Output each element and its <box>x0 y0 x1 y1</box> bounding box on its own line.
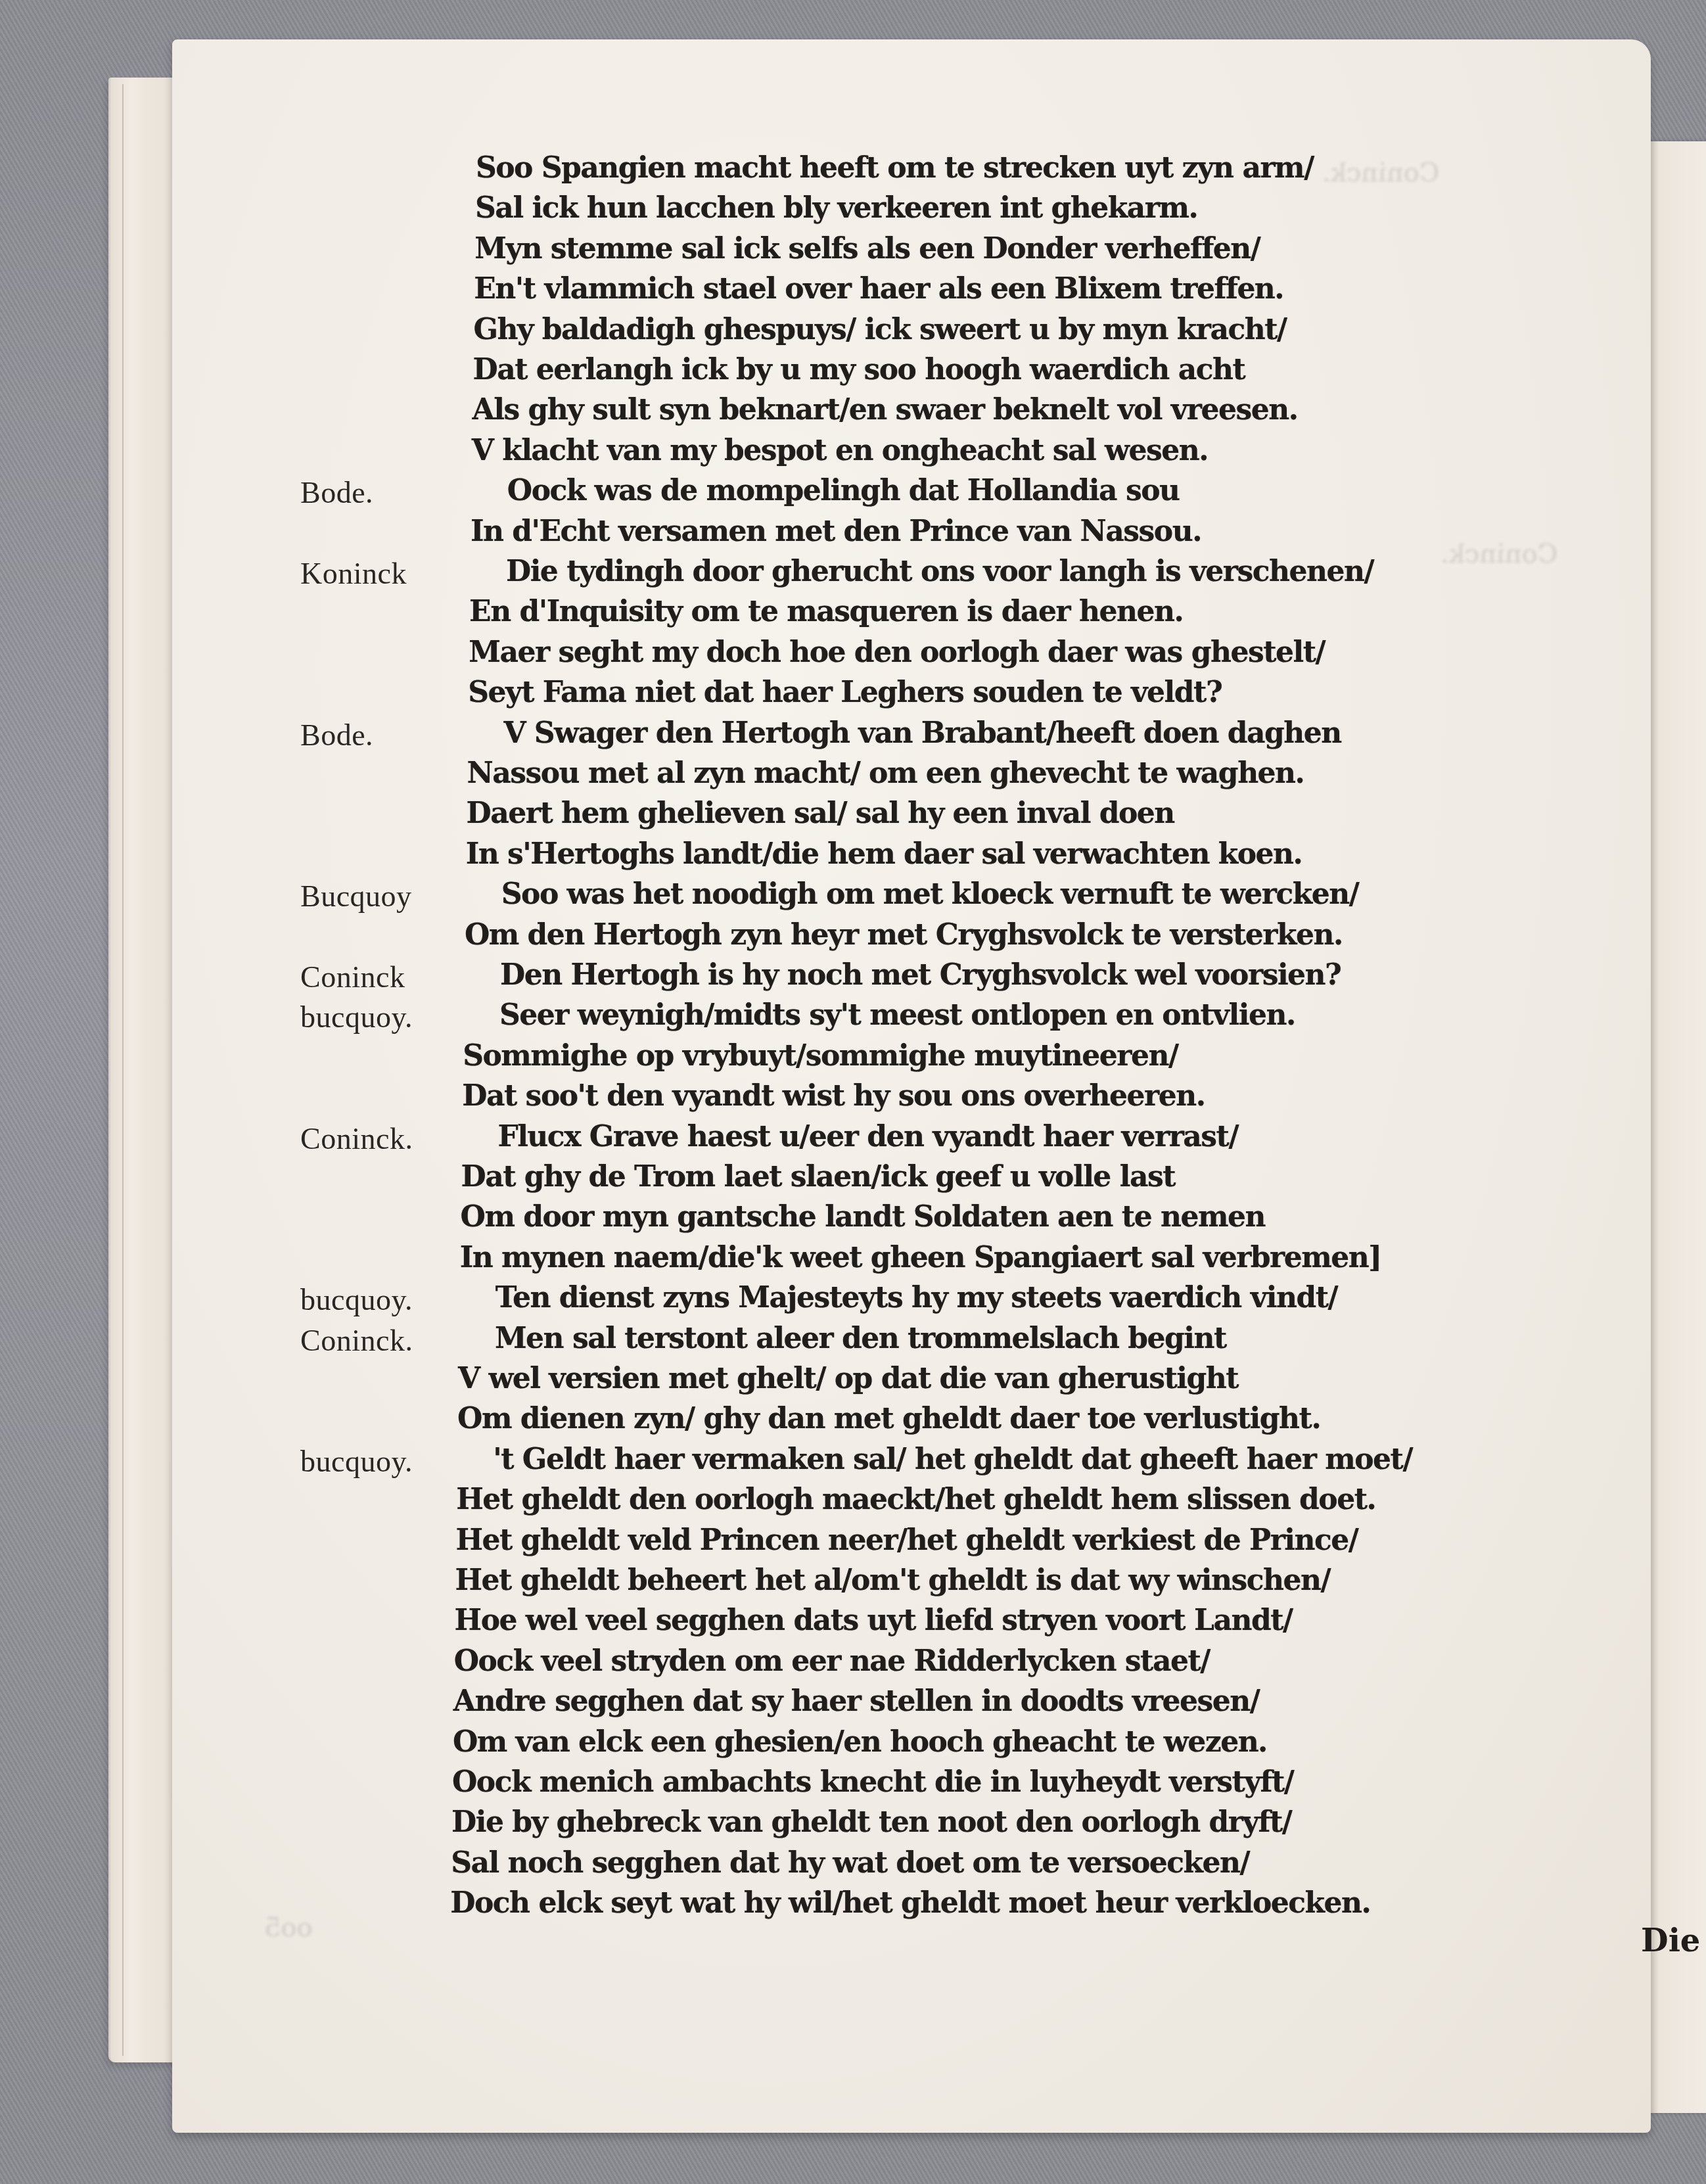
verse-line: Seer weynigh/midts sy't meest ontlopen e… <box>499 998 1295 1032</box>
verse-line: Oock menich ambachts knecht die in luyhe… <box>452 1765 1293 1799</box>
speaker-label: bucquoy. <box>300 1444 413 1479</box>
show-through-text: Coninck. <box>1441 539 1557 569</box>
catchword: Die <box>1641 1922 1700 1959</box>
verse-line: Flucx Grave haest u/eer den vyandt haer … <box>497 1120 1238 1153</box>
verse-line: Seyt Fama niet dat haer Leghers souden t… <box>468 676 1222 709</box>
verse-line: Doch elck seyt wat hy wil/het gheldt moe… <box>450 1886 1370 1920</box>
speaker-label: Coninck. <box>300 1121 413 1156</box>
verse-line: Maer seght my doch hoe den oorlogh daer … <box>469 636 1325 669</box>
verse-line: V Swager den Hertogh van Brabant/heeft d… <box>503 716 1341 750</box>
verse-line: Ghy baldadigh ghespuys/ ick sweert u by … <box>473 313 1286 346</box>
verse-line: En't vlammich stael over haer als een Bl… <box>474 272 1283 306</box>
book-page: Coninck. Coninck. oo5 Soo Spangien macht… <box>172 39 1651 2133</box>
verse-line: Oock was de mompelingh dat Hollandia sou <box>507 474 1180 507</box>
verse-line: Nassou met al zyn macht/ om een ghevecht… <box>467 756 1304 790</box>
verse-line: Andre segghen dat sy haer stellen in doo… <box>453 1684 1260 1718</box>
verse-line: V klacht van my bespot en ongheacht sal … <box>472 434 1208 467</box>
verse-line: Sommighe op vrybuyt/sommighe muytineeren… <box>463 1039 1178 1073</box>
verse-line: In d'Echt versamen met den Prince van Na… <box>471 515 1201 548</box>
verse-line: Dat soo't den vyandt wist hy sou ons ove… <box>462 1079 1205 1113</box>
speaker-label: bucquoy. <box>300 1000 413 1034</box>
verse-line: Men sal terstont aleer den trommelslach … <box>495 1322 1226 1355</box>
speaker-label: Bucquoy <box>300 879 412 914</box>
speaker-label: Bode. <box>300 718 373 753</box>
verse-line: Ten dienst zyns Majesteyts hy my steets … <box>496 1281 1337 1314</box>
verse-line: Hoe wel veel segghen dats uyt liefd stry… <box>455 1604 1293 1637</box>
verse-line: Myn stemme sal ick selfs als een Donder … <box>474 232 1260 266</box>
verse-line: In s'Hertoghs landt/die hem daer sal ver… <box>466 837 1303 871</box>
verse-line: Om den Hertogh zyn heyr met Cryghsvolck … <box>465 918 1343 952</box>
verse-line: Sal noch segghen dat hy wat doet om te v… <box>451 1846 1249 1880</box>
verse-line: Oock veel stryden om eer nae Ridderlycke… <box>454 1644 1210 1678</box>
speaker-label: bucquoy. <box>300 1282 413 1317</box>
speaker-label: Coninck. <box>300 1323 413 1358</box>
verse-line: Die tydingh door gherucht ons voor langh… <box>506 555 1373 588</box>
verse-line: Dat ghy de Trom laet slaen/ick geef u vo… <box>461 1160 1175 1194</box>
verse-line: Den Hertogh is hy noch met Cryghsvolck w… <box>500 958 1341 992</box>
verse-line: Soo was het noodigh om met kloeck vernuf… <box>501 877 1359 911</box>
verse-line: Daert hem ghelieven sal/ sal hy een inva… <box>467 797 1174 830</box>
verse-line: Dat eerlangh ick by u my soo hoogh waerd… <box>473 353 1245 386</box>
verse-line: Om van elck een ghesien/en hooch gheacht… <box>453 1725 1267 1759</box>
verse-line: Om dienen zyn/ ghy dan met gheldt daer t… <box>457 1402 1320 1435</box>
verse-line: Als ghy sult syn beknart/en swaer beknel… <box>473 393 1298 427</box>
show-through-text: oo5 <box>264 1913 313 1943</box>
speaker-label: Coninck <box>300 960 405 994</box>
show-through-text: Coninck. <box>1322 158 1439 188</box>
facing-page-edge <box>1643 141 1706 2113</box>
verse-line: Het gheldt veld Princen neer/het gheldt … <box>455 1523 1358 1557</box>
verse-line: Om door myn gantsche landt Soldaten aen … <box>461 1200 1265 1234</box>
verse-line: Sal ick hun lacchen bly verkeeren int gh… <box>475 191 1197 225</box>
verse-line: Het gheldt den oorlogh maeckt/het gheldt… <box>456 1483 1375 1516</box>
verse-line: En d'Inquisity om te masqueren is daer h… <box>469 595 1183 628</box>
speaker-label: Koninck <box>300 556 407 591</box>
verse-line: 't Geldt haer vermaken sal/ het gheldt d… <box>493 1443 1412 1476</box>
verse-line: Die by ghebreck van gheldt ten noot den … <box>451 1805 1291 1839</box>
speaker-label: Bode. <box>300 475 373 510</box>
verse-line: V wel versien met ghelt/ op dat die van … <box>458 1362 1238 1395</box>
verse-line: Het gheldt beheert het al/om't gheldt is… <box>455 1564 1331 1597</box>
verse-line: In mynen naem/die'k weet gheen Spangiaer… <box>460 1241 1381 1274</box>
verse-line: Soo Spangien macht heeft om te strecken … <box>476 151 1314 185</box>
